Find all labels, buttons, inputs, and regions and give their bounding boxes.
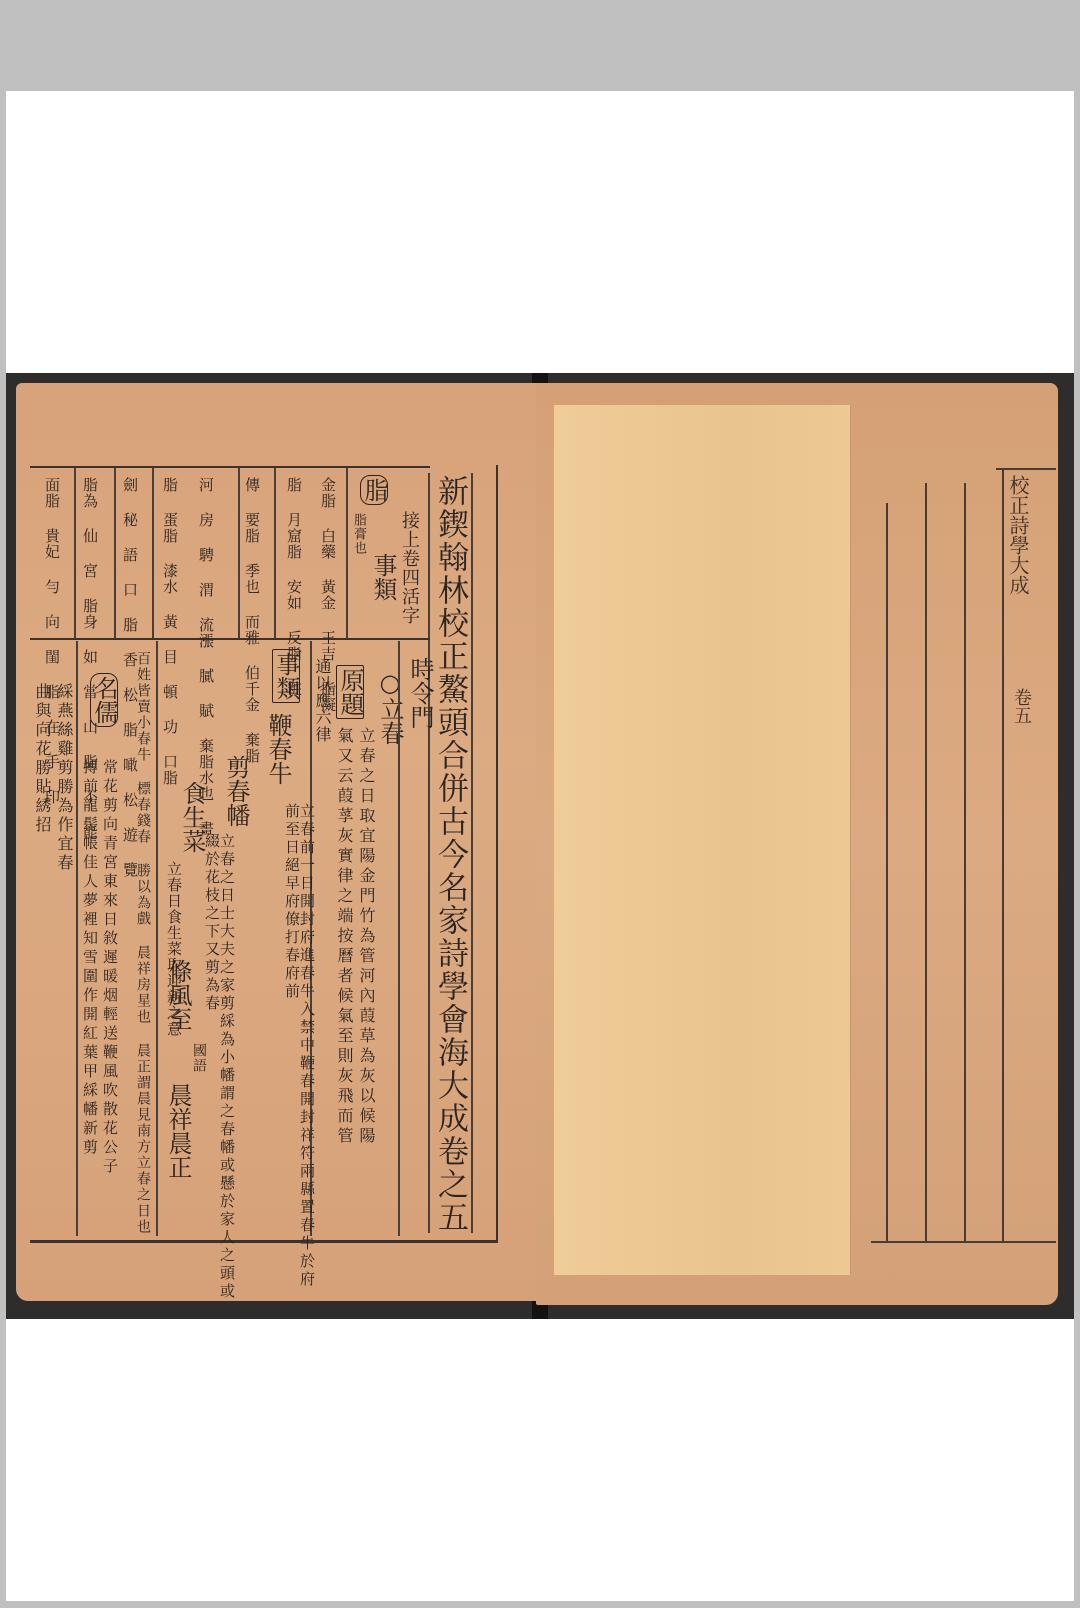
original-title-line-1: 立春之日取宜陽金門竹為管河內葭草為灰以候陽 (358, 727, 374, 1147)
lower-col-rule (76, 641, 78, 1236)
book-title-column: 新鍥翰林校正鰲頭合併古今名家詩學會海大成卷之五 (434, 475, 465, 1234)
volume-mark: 卷五 (1012, 688, 1030, 724)
book-scan-image: 新鍥翰林校正鰲頭合併古今名家詩學會海大成卷之五 接上卷四活字 脂 脂膏也 事類 … (6, 373, 1074, 1319)
upper-column-5: 脂 蛋脂 漆水 黃 目 頓 功 口脂 (162, 477, 177, 786)
right-page-frame-bottom (871, 1241, 1056, 1243)
famous-scholars-label: 名儒 (90, 673, 118, 727)
original-title-line-3: 通以應六律 (314, 658, 330, 743)
margin-title: 校正詩學大成 (1008, 475, 1028, 595)
entry-note-misc: 百姓皆賣小春牛 標春錢春 勝以為戲 晨祥房星也 晨正謂晨見南方立春之日也 (136, 651, 150, 1235)
right-page-rule (1002, 468, 1004, 1243)
entry-note-bianchunniu: 立春前一日開封府進春牛入禁中鞭春開封祥符兩縣置春牛於府前至日絕早府僚打春府前 (284, 803, 314, 1301)
entry-term-bianchunniu: 鞭春牛 (266, 713, 290, 785)
right-page-frame-top (996, 468, 1056, 470)
entry-term-tiaofengzhi: 條風至 (166, 959, 190, 1031)
upper-col-rule (274, 468, 276, 638)
entry-term-chenxiang: 晨祥晨正 (166, 1083, 190, 1179)
upper-col-rule (346, 468, 348, 638)
right-page-rule (964, 483, 966, 1243)
lower-col-rule (156, 641, 158, 1236)
upper-col-rule (152, 468, 154, 638)
tipped-in-blank-paper (554, 405, 850, 1275)
upper-category-label: 事類 (371, 553, 395, 601)
event-category-label: 事類 (272, 649, 300, 703)
original-title-label: 原題 (336, 665, 364, 719)
upper-col-rule (74, 468, 76, 638)
entry-note-jianchunfan: 立春之日士大夫之家剪綵為小幡謂之春幡或懸於家人之頭或綴於花枝之下又剪為春 (204, 833, 234, 1301)
poem-line-4: 曲與向花勝貼綉招 (34, 683, 50, 835)
heading-char-fat: 脂 (360, 475, 388, 505)
upper-col-rule (114, 468, 116, 638)
heading-note: 脂膏也 (352, 513, 365, 555)
entry-note-guoyu: 國語 (192, 1043, 206, 1073)
upper-col-rule (238, 468, 240, 638)
right-page-rule (886, 503, 888, 1243)
poem-line-2: 搏前龍髻帳佳人夢裡知雪圍作開紅葉甲綵幡新剪 (82, 759, 97, 1158)
frame-top (30, 466, 430, 468)
title-right-border (471, 473, 473, 1233)
right-page-rule (925, 483, 927, 1243)
original-title-line-2: 氣又云葭莩灰實律之端按曆者候氣至則灰飛而管 (336, 727, 352, 1147)
continuation-note: 接上卷四活字 (400, 511, 418, 625)
viewer-top-band (0, 0, 1080, 90)
poem-line-1: 常花剪向青宮東來日敘遲暖烟輕送鞭風吹散花公子 (102, 759, 117, 1177)
left-page: 新鍥翰林校正鰲頭合併古今名家詩學會海大成卷之五 接上卷四活字 脂 脂膏也 事類 … (16, 383, 541, 1301)
entry-term-shishengcai: 食生菜 (180, 781, 204, 853)
lower-col-rule (398, 641, 400, 1236)
title-left-border (428, 473, 430, 1233)
upper-column-3: 傳 要脂 季也 而雅 伯千金 棄脂 (244, 477, 259, 764)
entry-term-jianchunfan: 剪春幡 (224, 755, 248, 827)
section-label-shiling: 時令門 (408, 657, 432, 729)
right-page: 校正詩學大成 卷五 (536, 383, 1058, 1305)
poem-line-3: 綵燕絲雞剪勝為作宜春 (56, 683, 72, 873)
